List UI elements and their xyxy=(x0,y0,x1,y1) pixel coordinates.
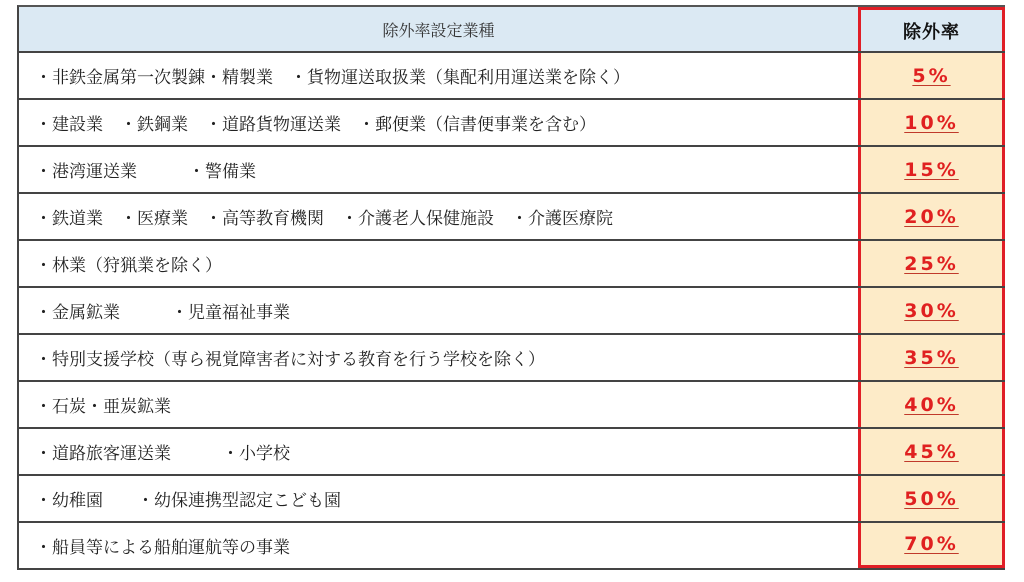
industries-cell: ・建設業 ・鉄鋼業 ・道路貨物運送業 ・郵便業（信書便事業を含む） xyxy=(19,100,858,145)
table-row: ・鉄道業 ・医療業 ・高等教育機関 ・介護老人保健施設 ・介護医療院 20% xyxy=(19,192,1005,239)
table-row: ・港湾運送業 ・警備業 15% xyxy=(19,145,1005,192)
rate-cell: 35% xyxy=(858,335,1005,380)
rate-cell: 5% xyxy=(858,53,1005,98)
table-row: ・道路旅客運送業 ・小学校 45% xyxy=(19,427,1005,474)
industries-cell: ・鉄道業 ・医療業 ・高等教育機関 ・介護老人保健施設 ・介護医療院 xyxy=(19,194,858,239)
rate-cell: 30% xyxy=(858,288,1005,333)
rate-cell: 15% xyxy=(858,147,1005,192)
rate-cell: 20% xyxy=(858,194,1005,239)
industries-cell: ・港湾運送業 ・警備業 xyxy=(19,147,858,192)
industries-cell: ・金属鉱業 ・児童福祉事業 xyxy=(19,288,858,333)
rate-cell: 70% xyxy=(858,523,1005,568)
exclusion-rate-table: 除外率設定業種 除外率 ・非鉄金属第一次製錬・精製業 ・貨物運送取扱業（集配利用… xyxy=(17,5,1005,570)
table-header: 除外率設定業種 除外率 xyxy=(19,7,1005,51)
rate-cell: 25% xyxy=(858,241,1005,286)
rate-value: 10% xyxy=(904,112,958,134)
industries-cell: ・非鉄金属第一次製錬・精製業 ・貨物運送取扱業（集配利用運送業を除く） xyxy=(19,53,858,98)
rate-value: 15% xyxy=(904,159,958,181)
rate-value: 5% xyxy=(912,65,950,87)
rate-cell: 45% xyxy=(858,429,1005,474)
industries-cell: ・特別支援学校（専ら視覚障害者に対する教育を行う学校を除く） xyxy=(19,335,858,380)
rate-cell: 40% xyxy=(858,382,1005,427)
rate-value: 50% xyxy=(904,488,958,510)
industries-cell: ・道路旅客運送業 ・小学校 xyxy=(19,429,858,474)
rate-value: 45% xyxy=(904,441,958,463)
table-row: ・船員等による船舶運航等の事業 70% xyxy=(19,521,1005,568)
rate-value: 35% xyxy=(904,347,958,369)
rate-cell: 50% xyxy=(858,476,1005,521)
table-row: ・林業（狩猟業を除く） 25% xyxy=(19,239,1005,286)
industries-cell: ・石炭・亜炭鉱業 xyxy=(19,382,858,427)
table-row: ・金属鉱業 ・児童福祉事業 30% xyxy=(19,286,1005,333)
table-row: ・非鉄金属第一次製錬・精製業 ・貨物運送取扱業（集配利用運送業を除く） 5% xyxy=(19,51,1005,98)
rate-value: 20% xyxy=(904,206,958,228)
header-rate: 除外率 xyxy=(858,7,1005,51)
rate-cell: 10% xyxy=(858,100,1005,145)
industries-cell: ・林業（狩猟業を除く） xyxy=(19,241,858,286)
rate-value: 30% xyxy=(904,300,958,322)
table-row: ・石炭・亜炭鉱業 40% xyxy=(19,380,1005,427)
rate-value: 70% xyxy=(904,533,958,555)
table-row: ・幼稚園 ・幼保連携型認定こども園 50% xyxy=(19,474,1005,521)
industries-cell: ・幼稚園 ・幼保連携型認定こども園 xyxy=(19,476,858,521)
rate-value: 40% xyxy=(904,394,958,416)
table-row: ・建設業 ・鉄鋼業 ・道路貨物運送業 ・郵便業（信書便事業を含む） 10% xyxy=(19,98,1005,145)
header-category: 除外率設定業種 xyxy=(19,7,858,51)
rate-value: 25% xyxy=(904,253,958,275)
table-row: ・特別支援学校（専ら視覚障害者に対する教育を行う学校を除く） 35% xyxy=(19,333,1005,380)
industries-cell: ・船員等による船舶運航等の事業 xyxy=(19,523,858,568)
